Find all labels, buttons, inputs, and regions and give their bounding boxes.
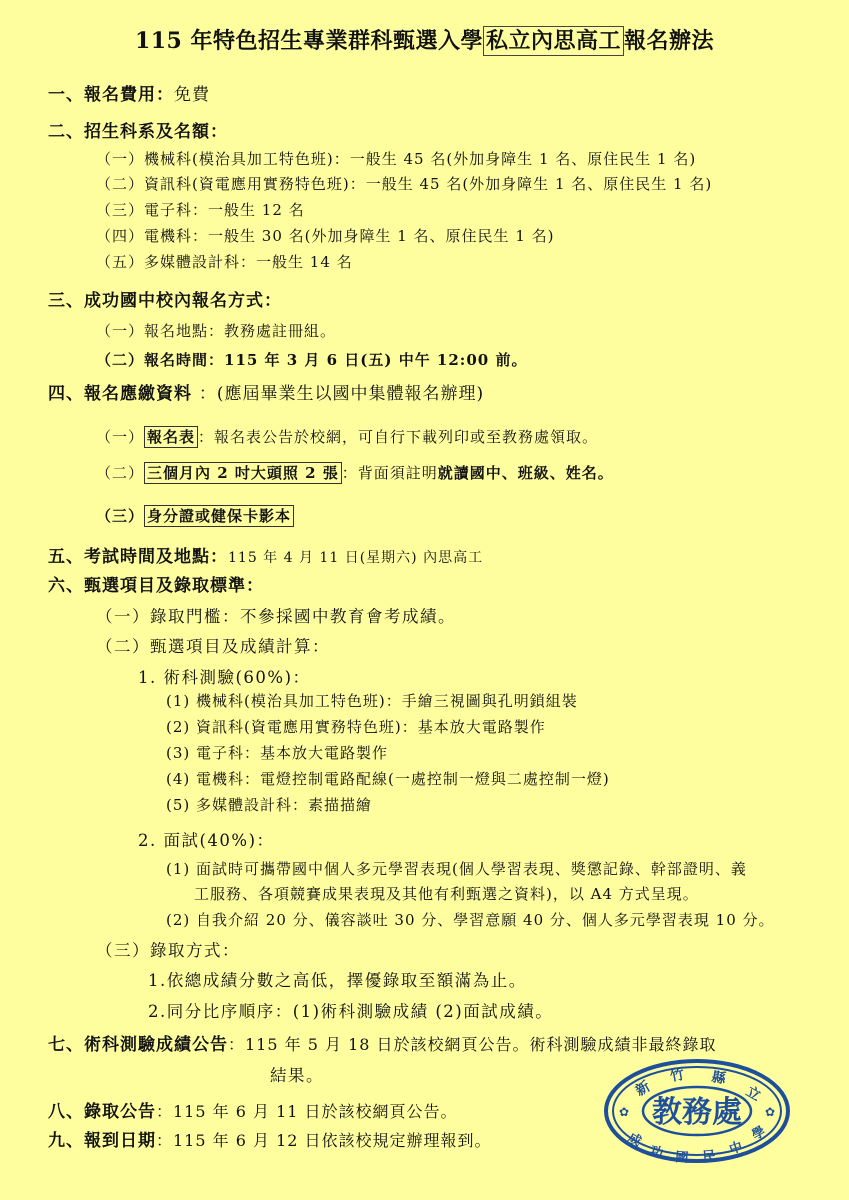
section-report-date: 九、報到日期：115 年 6 月 12 日依該校規定辦理報到。	[48, 1126, 492, 1151]
document-item-photo: （二）三個月內 2 吋大頭照 2 張：背面須註明就讀國中、班級、姓名。	[96, 462, 614, 483]
department-item: （三）電子科：一般生 12 名	[96, 199, 305, 220]
interview-heading: 2. 面試(40%)：	[138, 827, 275, 851]
admission-method-item: 1.依總成績分數之高低，擇優錄取至額滿為止。	[148, 967, 527, 991]
svg-text:✿: ✿	[619, 1105, 629, 1119]
section-heading: 四、報名應繳資料	[48, 384, 192, 404]
section-heading: 五、考試時間及地點：	[48, 547, 228, 567]
section-exam-time: 五、考試時間及地點：115 年 4 月 11 日(星期六) 內思高工	[48, 542, 483, 567]
svg-text:民: 民	[702, 1149, 716, 1164]
admission-method-item: 2.同分比序順序：(1)術科測驗成績 (2)面試成績。	[148, 998, 553, 1022]
report-date-value: ：115 年 6 月 12 日依該校規定辦理報到。	[156, 1131, 492, 1150]
svg-text:竹: 竹	[669, 1066, 686, 1085]
practical-item: (4) 電機科：電燈控制電路配線(一處控制一燈與二處控制一燈)	[166, 768, 610, 789]
document-desc: ：背面須註明	[342, 464, 438, 482]
official-stamp-icon: 教務處 新 竹 縣 立 成 功 國 民 中 學 ✿ ✿	[603, 1058, 791, 1164]
practical-item: (1) 機械科(模治具加工特色班)：手繪三視圖與孔明鎖組裝	[166, 690, 578, 711]
title-school-name: 私立內思高工	[483, 26, 624, 56]
svg-text:成: 成	[625, 1130, 644, 1150]
practical-heading: 1. 術科測驗(60%)：	[138, 664, 311, 688]
admission-method-heading: （三）錄取方式：	[96, 937, 240, 961]
document-name: 身分證或健保卡影本	[144, 505, 294, 527]
exam-time-value: 115 年 4 月 11 日(星期六) 內思高工	[228, 550, 483, 566]
document-name: 三個月內 2 吋大頭照 2 張	[144, 462, 342, 484]
svg-text:縣: 縣	[710, 1068, 728, 1087]
department-item: （二）資訊科(資電應用實務特色班)：一般生 45 名(外加身障生 1 名、原住民…	[96, 173, 712, 194]
interview-item-cont: 工服務、各項競賽成果表現及其他有利甄選之資料)，以 A4 方式呈現。	[194, 883, 699, 904]
registration-location: （一）報名地點：教務處註冊組。	[96, 320, 336, 341]
section-departments-heading: 二、招生科系及名額：	[48, 117, 228, 142]
announcement-value: ：115 年 6 月 11 日於該校網頁公告。	[156, 1102, 458, 1121]
documents-note: ：(應屆畢業生以國中集體報名辦理)	[199, 384, 484, 404]
section-heading: 九、報到日期	[48, 1131, 156, 1151]
department-item: （五）多媒體設計科：一般生 14 名	[96, 251, 353, 272]
section-heading: 八、錄取公告	[48, 1102, 156, 1122]
section-fee: 一、報名費用：免費	[48, 80, 210, 105]
item-number: （二）	[96, 464, 144, 482]
department-item: （一）機械科(模治具加工特色班)：一般生 45 名(外加身障生 1 名、原住民生…	[96, 148, 696, 169]
document-desc-bold: 就讀國中、班級、姓名。	[438, 464, 614, 482]
section-registration-heading: 三、成功國中校內報名方式：	[48, 286, 282, 311]
registration-time: （二）報名時間：115 年 3 月 6 日(五) 中午 12:00 前。	[96, 349, 527, 370]
fee-value: 免費	[174, 85, 210, 105]
document-item-form: （一）報名表：報名表公告於校網，可自行下載列印或至教務處領取。	[96, 426, 598, 447]
interview-item: (2) 自我介紹 20 分、儀容談吐 30 分、學習意願 40 分、個人多元學習…	[166, 909, 775, 930]
svg-text:國: 國	[675, 1149, 689, 1164]
svg-text:✿: ✿	[765, 1105, 775, 1119]
stamp-center-text: 教務處	[652, 1095, 742, 1130]
page-title: 115 年特色招生專業群科甄選入學私立內思高工報名辦法	[0, 24, 849, 55]
section-heading: 一、報名費用：	[48, 85, 174, 105]
svg-text:學: 學	[748, 1123, 768, 1144]
title-suffix: 報名辦法	[624, 28, 714, 54]
department-item: （四）電機科：一般生 30 名(外加身障生 1 名、原住民生 1 名)	[96, 225, 555, 246]
admission-threshold: （一）錄取門檻：不參採國中教育會考成績。	[96, 603, 456, 627]
interview-item: (1) 面試時可攜帶國中個人多元學習表現(個人學習表現、獎懲記錄、幹部證明、義	[166, 858, 747, 879]
section-documents: 四、報名應繳資料 ：(應屆畢業生以國中集體報名辦理)	[48, 379, 484, 404]
practical-item: (3) 電子科：基本放大電路製作	[166, 742, 388, 763]
practical-results-cont: 結果。	[270, 1062, 324, 1086]
item-number: （一）	[96, 428, 144, 446]
document-name: 報名表	[144, 426, 198, 448]
practical-item: (5) 多媒體設計科：素描描繪	[166, 794, 372, 815]
document-desc: ：報名表公告於校網，可自行下載列印或至教務處領取。	[198, 428, 598, 446]
practical-item: (2) 資訊科(資電應用實務特色班)：基本放大電路製作	[166, 716, 546, 737]
section-practical-results: 七、術科測驗成績公告：115 年 5 月 18 日於該校網頁公告。術科測驗成績非…	[48, 1030, 717, 1055]
practical-results-value: ：115 年 5 月 18 日於該校網頁公告。術科測驗成績非最終錄取	[228, 1035, 717, 1054]
item-number: （三）	[96, 507, 144, 525]
section-criteria-heading: 六、甄選項目及錄取標準：	[48, 571, 264, 596]
section-admission-announcement: 八、錄取公告：115 年 6 月 11 日於該校網頁公告。	[48, 1097, 458, 1122]
document-item-id: （三）身分證或健保卡影本	[96, 505, 294, 526]
document-page: 115 年特色招生專業群科甄選入學私立內思高工報名辦法 一、報名費用：免費 二、…	[0, 0, 849, 1200]
section-heading: 七、術科測驗成績公告	[48, 1035, 228, 1055]
title-prefix: 115 年特色招生專業群科甄選入學	[135, 28, 483, 54]
calc-heading: （二）甄選項目及成績計算：	[96, 633, 330, 657]
